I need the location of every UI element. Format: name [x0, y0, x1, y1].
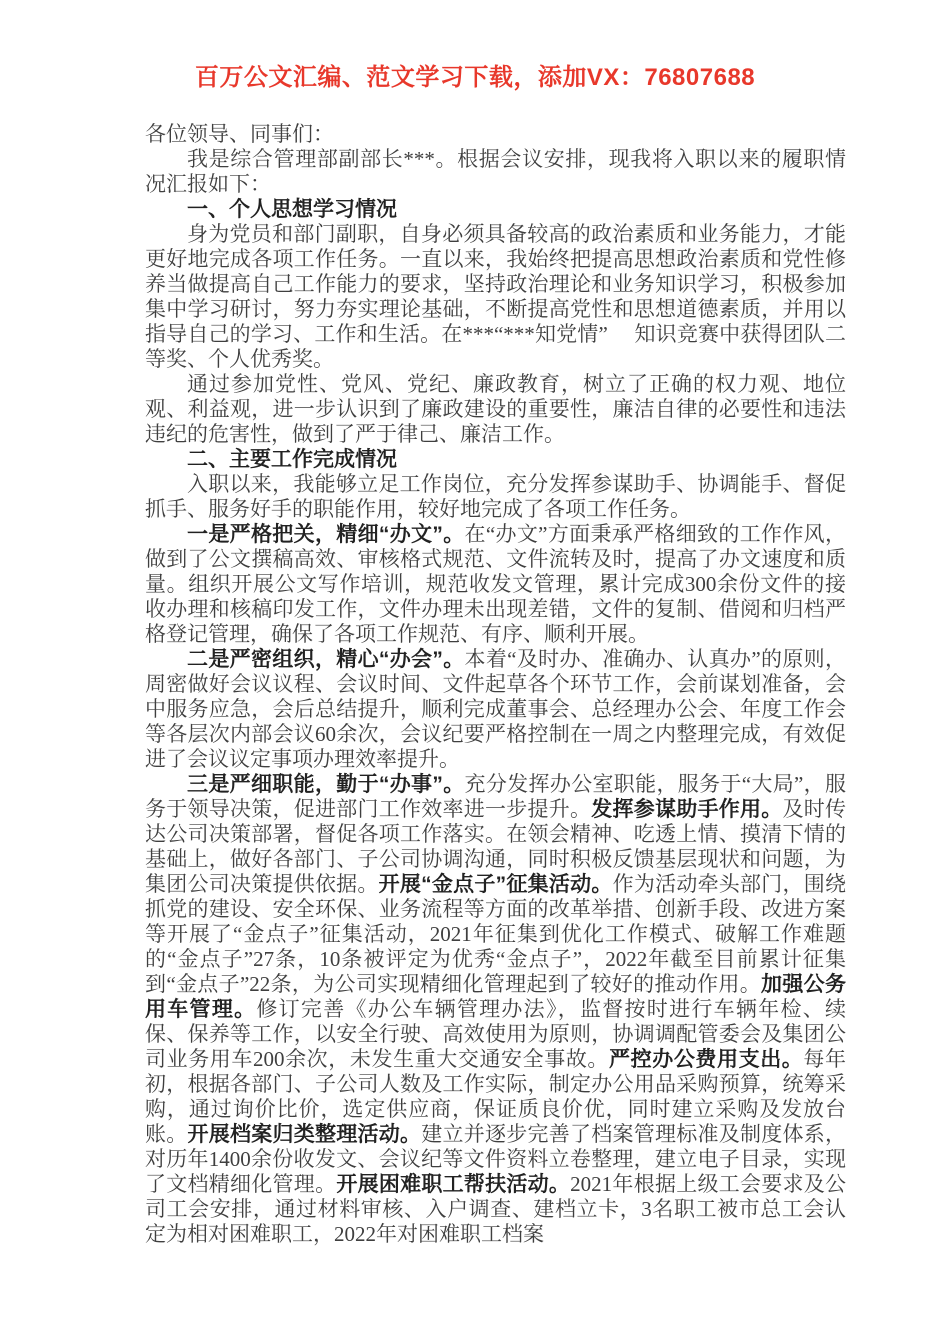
document-page: 百万公文汇编、范文学习下载，添加VX：76807688 各位领导、同事们：我是综…: [0, 0, 950, 1344]
bold-segment: 一、个人思想学习情况: [187, 198, 397, 221]
bold-segment: 三是严细职能，勤于“办事”。: [187, 773, 465, 796]
paragraph-duties: 三是严细职能，勤于“办事”。充分发挥办公室职能，服务于“大局”，服务于领导决策，…: [145, 772, 846, 1247]
bold-segment: 开展困难职工帮扶活动。: [336, 1173, 570, 1196]
section-heading-1: 一、个人思想学习情况: [145, 197, 846, 222]
bold-segment: 开展档案归类整理活动。: [188, 1123, 422, 1146]
bold-segment: 严控办公费用支出。: [609, 1048, 803, 1071]
paragraph-thought-study: 身为党员和部门副职，自身必须具备较高的政治素质和业务能力，才能更好地完成各项工作…: [145, 222, 846, 372]
paragraph-meeting-organization: 二是严密组织，精心“办会”。本着“及时办、准确办、认真办”的原则，周密做好会议议…: [145, 647, 846, 772]
paragraph-work-overview: 入职以来，我能够立足工作岗位，充分发挥参谋助手、协调能手、督促抓手、服务好手的职…: [145, 472, 846, 522]
promo-banner-text: 百万公文汇编、范文学习下载，添加VX：76807688: [0, 64, 950, 92]
salutation: 各位领导、同事们：: [145, 122, 846, 147]
bold-segment: 二是严密组织，精心“办会”。: [187, 648, 465, 671]
bold-segment: 二、主要工作完成情况: [187, 448, 397, 471]
text-segment: 各位领导、同事们：: [145, 122, 334, 146]
text-segment: 身为党员和部门副职，自身必须具备较高的政治素质和业务能力，才能更好地完成各项工作…: [145, 222, 846, 371]
bold-segment: 一是严格把关，精细“办文”。: [187, 523, 465, 546]
section-heading-2: 二、主要工作完成情况: [145, 447, 846, 472]
intro-paragraph: 我是综合管理部副部长***。根据会议安排，现我将入职以来的履职情况汇报如下：: [145, 147, 846, 197]
text-segment: 我是综合管理部副部长***。根据会议安排，现我将入职以来的履职情况汇报如下：: [145, 147, 846, 196]
document-body: 各位领导、同事们：我是综合管理部副部长***。根据会议安排，现我将入职以来的履职…: [145, 122, 846, 1247]
bold-segment: 发挥参谋助手作用。: [591, 798, 782, 821]
paragraph-document-handling: 一是严格把关，精细“办文”。在“办文”方面秉承严格细致的工作作风，做到了公文撰稿…: [145, 522, 846, 647]
bold-segment: 开展“金点子”征集活动。: [379, 873, 613, 896]
paragraph-integrity-education: 通过参加党性、党风、党纪、廉政教育，树立了正确的权力观、地位观、利益观，进一步认…: [145, 372, 846, 447]
text-segment: 通过参加党性、党风、党纪、廉政教育，树立了正确的权力观、地位观、利益观，进一步认…: [145, 372, 846, 446]
text-segment: 入职以来，我能够立足工作岗位，充分发挥参谋助手、协调能手、督促抓手、服务好手的职…: [145, 472, 846, 521]
